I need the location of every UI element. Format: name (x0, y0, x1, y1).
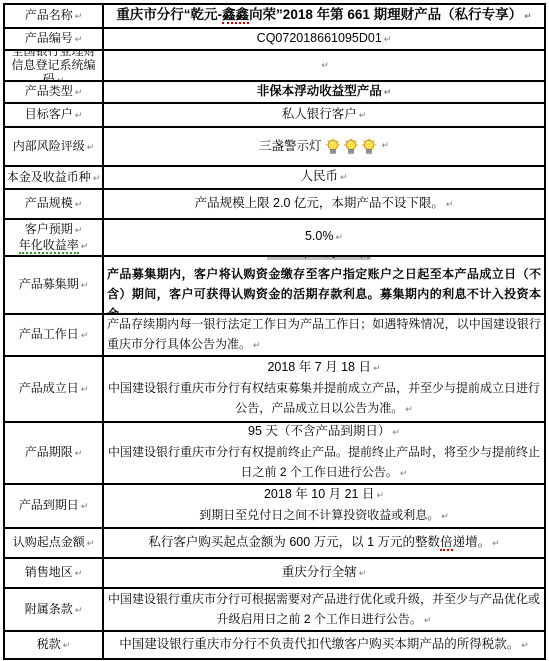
product-scale-value-cell: 产品规模上限 2.0 亿元，本期产品不设下限。↵ (104, 190, 544, 218)
table-row-establish-date: 产品成立日↵ 2018 年 7 月 18 日↵ 中国建设银行重庆市分行有权结束募… (5, 357, 544, 423)
value-text: 5.0% (305, 229, 334, 243)
target-customer-label: 目标客户↵ (25, 107, 83, 123)
tax-value-cell: 中国建设银行重庆市分行不负责代扣代缴客户购买本期产品的所得税款。↵ (104, 632, 544, 658)
end-of-cell-mark: ↵ (75, 226, 83, 236)
end-of-cell-mark: ↵ (400, 469, 408, 479)
lightbulb-icon (361, 138, 377, 156)
table-row-tax: 税款↵ 中国建设银行重庆市分行不负责代扣代缴客户购买本期产品的所得税款。↵ (5, 632, 544, 658)
end-of-cell-mark: ↵ (524, 12, 532, 22)
product-name-value-cell: 重庆市分行“乾元-鑫鑫向荣”2018 年第 661 期理财产品（私行专享）↵ (104, 5, 544, 27)
expected-rate-label-cell: 客户预期↵ 年化收益率↵ (5, 220, 104, 255)
product-name-text: 重庆市分行“乾元-鑫鑫向荣”2018 年第 661 期理财产品（私行专享）↵ (116, 6, 531, 26)
product-term-days: 95 天（不含产品到期日）↵ (248, 423, 400, 442)
table-row-maturity-date: 产品到期日↵ 2018 年 10 月 21 日↵ 到期日至兑付日之间不计算投资收… (5, 485, 544, 529)
target-customer-text: 私人银行客户↵ (282, 106, 367, 125)
end-of-cell-mark: ↵ (446, 200, 454, 210)
appendix-terms-label: 附属条款↵ (25, 602, 83, 618)
appendix-terms-paragraph: 中国建设银行重庆市分行可根据需要对产品进行优化或升级，并至少与产品优化或升级启用… (107, 589, 541, 630)
label-text: 产品编号 (25, 31, 73, 45)
end-of-cell-mark: ↵ (75, 449, 83, 459)
workday-label-cell: 产品工作日↵ (5, 315, 104, 355)
product-code-text: CQ072018661095D01↵ (257, 30, 392, 49)
end-of-cell-mark: ↵ (63, 641, 71, 651)
end-of-cell-mark: ↵ (381, 138, 389, 155)
product-scale-text: 产品规模上限 2.0 亿元，本期产品不设下限。↵ (195, 195, 454, 214)
end-of-cell-mark: ↵ (321, 61, 329, 71)
document-page: 产品名称↵ 重庆市分行“乾元-鑫鑫向荣”2018 年第 661 期理财产品（私行… (0, 0, 549, 661)
end-of-cell-mark: ↵ (75, 569, 83, 579)
end-of-cell-mark: ↵ (75, 606, 83, 616)
expected-rate-label-line1: 客户预期↵ (25, 222, 83, 238)
registration-code-text: ↵ (319, 56, 329, 75)
label-text: 产品名称 (25, 8, 73, 22)
table-row-registration-code: 全国银行业理财信息登记系统编码↵ ↵ (5, 51, 544, 82)
product-type-value-cell: 非保本浮动收益型产品↵ (104, 82, 544, 102)
label-text: 产品成立日 (19, 381, 79, 395)
currency-label-cell: 本金及收益币种↵ (5, 167, 104, 188)
lightbulb-icon (343, 138, 359, 156)
target-customer-label-cell: 目标客户↵ (5, 104, 104, 126)
product-scale-label-cell: 产品规模↵ (5, 190, 104, 218)
label-text: 客户预期 (25, 222, 73, 236)
risk-rating-value-cell: 三盏警示灯 ↵ (104, 128, 544, 165)
end-of-cell-mark: ↵ (75, 88, 83, 98)
value-post: 递增。 (453, 535, 491, 549)
end-of-cell-mark: ↵ (335, 233, 343, 243)
end-of-cell-mark: ↵ (373, 257, 381, 260)
title-post: 向荣”2018 年第 661 期理财产品（私行专享） (249, 7, 522, 22)
end-of-cell-mark: ↵ (81, 242, 89, 252)
label-text: 内部风险评级 (13, 139, 85, 153)
end-of-cell-mark: ↵ (441, 512, 449, 522)
table-row-min-purchase: 认购起点金额↵ 私行客户购买起点金额为 600 万元，以 1 万元的整数倍递增。… (5, 529, 544, 559)
maturity-date-value-cell: 2018 年 10 月 21 日↵ 到期日至兑付日之间不计算投资收益或利息。↵ (104, 485, 544, 527)
value-text: 中国建设银行重庆市分行可根据需要对产品进行优化或升级，并至少与产品优化或升级启用… (108, 592, 540, 626)
product-scale-label: 产品规模↵ (25, 196, 83, 212)
tax-text: 中国建设银行重庆市分行不负责代扣代缴客户购买本期产品的所得税款。↵ (119, 636, 529, 655)
sales-region-value-cell: 重庆分行全辖↵ (104, 559, 544, 587)
product-code-label: 产品编号↵ (25, 31, 83, 47)
product-info-table: 产品名称↵ 重庆市分行“乾元-鑫鑫向荣”2018 年第 661 期理财产品（私行… (3, 3, 546, 660)
label-text: 产品期限 (25, 445, 73, 459)
product-name-label-cell: 产品名称↵ (5, 5, 104, 27)
maturity-date-paragraph: 到期日至兑付日之间不计算投资收益或利息。↵ (107, 505, 541, 527)
registration-code-label-cell: 全国银行业理财信息登记系统编码↵ (5, 51, 104, 80)
label-text: 认购起点金额 (13, 535, 85, 549)
min-purchase-text: 私行客户购买起点金额为 600 万元，以 1 万元的整数倍递增。↵ (148, 534, 499, 553)
sales-region-text: 重庆分行全辖↵ (282, 564, 367, 583)
target-customer-value-cell: 私人银行客户↵ (104, 104, 544, 126)
risk-rating-label-cell: 内部风险评级↵ (5, 128, 104, 165)
end-of-cell-mark: ↵ (373, 364, 381, 374)
table-row-workday: 产品工作日↵ 产品存续期内每一银行法定工作日为产品工作日；如遇特殊情况，以中国建… (5, 315, 544, 357)
end-of-cell-mark: ↵ (81, 385, 89, 395)
table-row-target-customer: 目标客户↵ 私人银行客户↵ (5, 104, 544, 128)
risk-bulbs (324, 138, 378, 156)
grammar-underline: 年化收益率 (19, 238, 79, 254)
label-text: 税款 (37, 637, 61, 651)
table-row-product-code: 产品编号↵ CQ072018661095D01↵ (5, 29, 544, 51)
registration-code-value-cell: ↵ (104, 51, 544, 80)
maturity-date-date: 2018 年 10 月 21 日↵ (264, 486, 384, 505)
label-text: 产品规模 (25, 196, 73, 210)
label-text: 产品到期日 (19, 498, 79, 512)
end-of-cell-mark: ↵ (392, 428, 400, 438)
end-of-cell-mark: ↵ (133, 311, 141, 314)
label-text: 本金及收益币种 (7, 170, 91, 184)
table-row-sales-region: 销售地区↵ 重庆分行全辖↵ (5, 559, 544, 589)
value-text: 产品存续期内每一银行法定工作日为产品工作日；如遇特殊情况，以中国建设银行重庆市分… (107, 317, 541, 351)
end-of-cell-mark: ↵ (93, 174, 101, 184)
spellcheck-underline: 鑫鑫 (222, 7, 249, 24)
table-row-product-type: 产品类型↵ 非保本浮动收益型产品↵ (5, 82, 544, 104)
end-of-cell-mark: ↵ (405, 405, 413, 415)
label-text: 全国银行业理财信息登记系统编码 (11, 51, 95, 80)
end-of-cell-mark: ↵ (384, 35, 392, 45)
end-of-cell-mark: ↵ (87, 143, 95, 153)
title-pre: 重庆市分行“乾元- (116, 7, 222, 22)
end-of-cell-mark: ↵ (57, 76, 65, 81)
label-text: 销售地区 (25, 565, 73, 579)
product-name-label: 产品名称↵ (25, 8, 83, 24)
currency-text: 人民币↵ (300, 168, 347, 187)
end-of-cell-mark: ↵ (384, 88, 392, 98)
product-term-value-cell: 95 天（不含产品到期日）↵ 中国建设银行重庆市分行有权提前终止产品。提前终止产… (104, 423, 544, 483)
value-text: 非保本浮动收益型产品 (257, 84, 382, 98)
end-of-cell-mark: ↵ (492, 539, 500, 549)
sales-region-label: 销售地区↵ (25, 565, 83, 581)
appendix-terms-label-cell: 附属条款↵ (5, 589, 104, 630)
date-text: 2018 年 7 月 18 日 (267, 360, 371, 374)
value-text: 私人银行客户 (282, 107, 357, 121)
establish-date-value-cell: 2018 年 7 月 18 日↵ 中国建设银行重庆市分行有权结束募集并提前成立产… (104, 357, 544, 421)
registration-code-label: 全国银行业理财信息登记系统编码↵ (6, 51, 101, 80)
table-row-currency: 本金及收益币种↵ 人民币↵ (5, 167, 544, 190)
appendix-terms-value-cell: 中国建设银行重庆市分行可根据需要对产品进行优化或升级，并至少与产品优化或升级启用… (104, 589, 544, 630)
date-text: 95 天（不含产品到期日） (248, 424, 390, 438)
highlighted-date: 2018 年 7 月 17 日 (267, 257, 371, 260)
end-of-cell-mark: ↵ (340, 173, 348, 183)
spellcheck-underline: 倍 (440, 535, 453, 551)
risk-rating-text: 三盏警示灯 ↵ (259, 138, 389, 156)
table-row-product-term: 产品期限↵ 95 天（不含产品到期日）↵ 中国建设银行重庆市分行有权提前终止产品… (5, 423, 544, 485)
establish-date-date: 2018 年 7 月 18 日↵ (267, 359, 380, 378)
end-of-cell-mark: ↵ (81, 331, 89, 341)
end-of-cell-mark: ↵ (253, 341, 261, 351)
end-of-cell-mark: ↵ (376, 491, 384, 501)
end-of-cell-mark: ↵ (424, 616, 432, 626)
tax-label: 税款↵ (37, 637, 71, 653)
establish-date-label-cell: 产品成立日↵ (5, 357, 104, 421)
table-row-raise-period: 产品募集期↵ 2018 年 7 月 17 日↵ 产品募集期内，客户将认购资金缴存… (5, 257, 544, 315)
table-row-product-name: 产品名称↵ 重庆市分行“乾元-鑫鑫向荣”2018 年第 661 期理财产品（私行… (5, 5, 544, 29)
table-row-expected-rate: 客户预期↵ 年化收益率↵ 5.0%↵ (5, 220, 544, 257)
end-of-cell-mark: ↵ (75, 111, 83, 121)
value-text: 人民币 (300, 169, 338, 183)
label-text: 目标客户 (25, 107, 73, 121)
product-code-value-cell: CQ072018661095D01↵ (104, 29, 544, 49)
raise-period-paragraph: 产品募集期内，客户将认购资金缴存至客户指定账户之日起至本产品成立日（不含）期间，… (107, 264, 541, 314)
label-text: 产品募集期 (19, 277, 79, 291)
lightbulb-icon (325, 138, 341, 156)
table-row-risk-rating: 内部风险评级↵ 三盏警示灯 ↵ (5, 128, 544, 167)
maturity-date-label: 产品到期日↵ (19, 498, 89, 514)
value-text: 中国建设银行重庆市分行有权提前终止产品。提前终止产品时，将至少与提前终止日之前 … (108, 445, 540, 479)
expected-rate-value-cell: 5.0%↵ (104, 220, 544, 255)
tax-label-cell: 税款↵ (5, 632, 104, 658)
end-of-cell-mark: ↵ (359, 569, 367, 579)
value-text: 产品规模上限 2.0 亿元，本期产品不设下限。 (195, 196, 444, 210)
label-text: 附属条款 (25, 602, 73, 616)
product-term-label-cell: 产品期限↵ (5, 423, 104, 483)
value-text: 中国建设银行重庆市分行不负责代扣代缴客户购买本期产品的所得税款。 (119, 637, 519, 651)
value-text: 中国建设银行重庆市分行有权结束募集并提前成立产品，并至少与提前成立日进行公告，产… (108, 381, 540, 415)
product-type-label: 产品类型↵ (25, 84, 83, 100)
table-row-appendix-terms: 附属条款↵ 中国建设银行重庆市分行可根据需要对产品进行优化或升级，并至少与产品优… (5, 589, 544, 632)
table-row-product-scale: 产品规模↵ 产品规模上限 2.0 亿元，本期产品不设下限。↵ (5, 190, 544, 220)
raise-period-value-cell: 2018 年 7 月 17 日↵ 产品募集期内，客户将认购资金缴存至客户指定账户… (104, 257, 544, 313)
value-text: 重庆分行全辖 (282, 565, 357, 579)
end-of-cell-mark: ↵ (87, 539, 95, 549)
end-of-cell-mark: ↵ (75, 12, 83, 22)
product-term-paragraph: 中国建设银行重庆市分行有权提前终止产品。提前终止产品时，将至少与提前终止日之前 … (107, 442, 541, 484)
product-term-label: 产品期限↵ (25, 445, 83, 461)
value-pre: 私行客户购买起点金额为 600 万元，以 1 万元的整数 (148, 535, 440, 549)
expected-rate-text: 5.0%↵ (305, 228, 343, 247)
date-text: 2018 年 10 月 21 日 (264, 487, 374, 501)
end-of-cell-mark: ↵ (75, 35, 83, 45)
end-of-cell-mark: ↵ (359, 111, 367, 121)
workday-value-cell: 产品存续期内每一银行法定工作日为产品工作日；如遇特殊情况，以中国建设银行重庆市分… (104, 315, 544, 355)
currency-value-cell: 人民币↵ (104, 167, 544, 188)
product-code-label-cell: 产品编号↵ (5, 29, 104, 49)
raise-period-label: 产品募集期↵ (19, 277, 89, 293)
value-text: 产品募集期内，客户将认购资金缴存至客户指定账户之日起至本产品成立日（不含）期间，… (107, 267, 541, 314)
workday-paragraph: 产品存续期内每一银行法定工作日为产品工作日；如遇特殊情况，以中国建设银行重庆市分… (107, 315, 541, 355)
value-text: 到期日至兑付日之间不计算投资收益或利息。 (199, 508, 439, 522)
end-of-cell-mark: ↵ (521, 641, 529, 651)
product-type-text: 非保本浮动收益型产品↵ (257, 83, 392, 102)
maturity-date-label-cell: 产品到期日↵ (5, 485, 104, 527)
min-purchase-value-cell: 私行客户购买起点金额为 600 万元，以 1 万元的整数倍递增。↵ (104, 529, 544, 557)
currency-label: 本金及收益币种↵ (7, 170, 101, 186)
workday-label: 产品工作日↵ (19, 327, 89, 343)
risk-rating-label: 内部风险评级↵ (13, 139, 95, 155)
end-of-cell-mark: ↵ (81, 281, 89, 291)
min-purchase-label: 认购起点金额↵ (13, 535, 95, 551)
expected-rate-label-line2: 年化收益率↵ (19, 238, 89, 254)
raise-period-label-cell: 产品募集期↵ (5, 257, 104, 313)
value-text: 三盏警示灯 (259, 138, 322, 155)
label-text: 产品类型 (25, 84, 73, 98)
end-of-cell-mark: ↵ (81, 502, 89, 512)
establish-date-label: 产品成立日↵ (19, 381, 89, 397)
min-purchase-label-cell: 认购起点金额↵ (5, 529, 104, 557)
sales-region-label-cell: 销售地区↵ (5, 559, 104, 587)
end-of-cell-mark: ↵ (75, 200, 83, 210)
product-type-label-cell: 产品类型↵ (5, 82, 104, 102)
label-text: 产品工作日 (19, 327, 79, 341)
value-text: CQ072018661095D01 (257, 31, 382, 45)
establish-date-paragraph: 中国建设银行重庆市分行有权结束募集并提前成立产品，并至少与提前成立日进行公告，产… (107, 378, 541, 420)
